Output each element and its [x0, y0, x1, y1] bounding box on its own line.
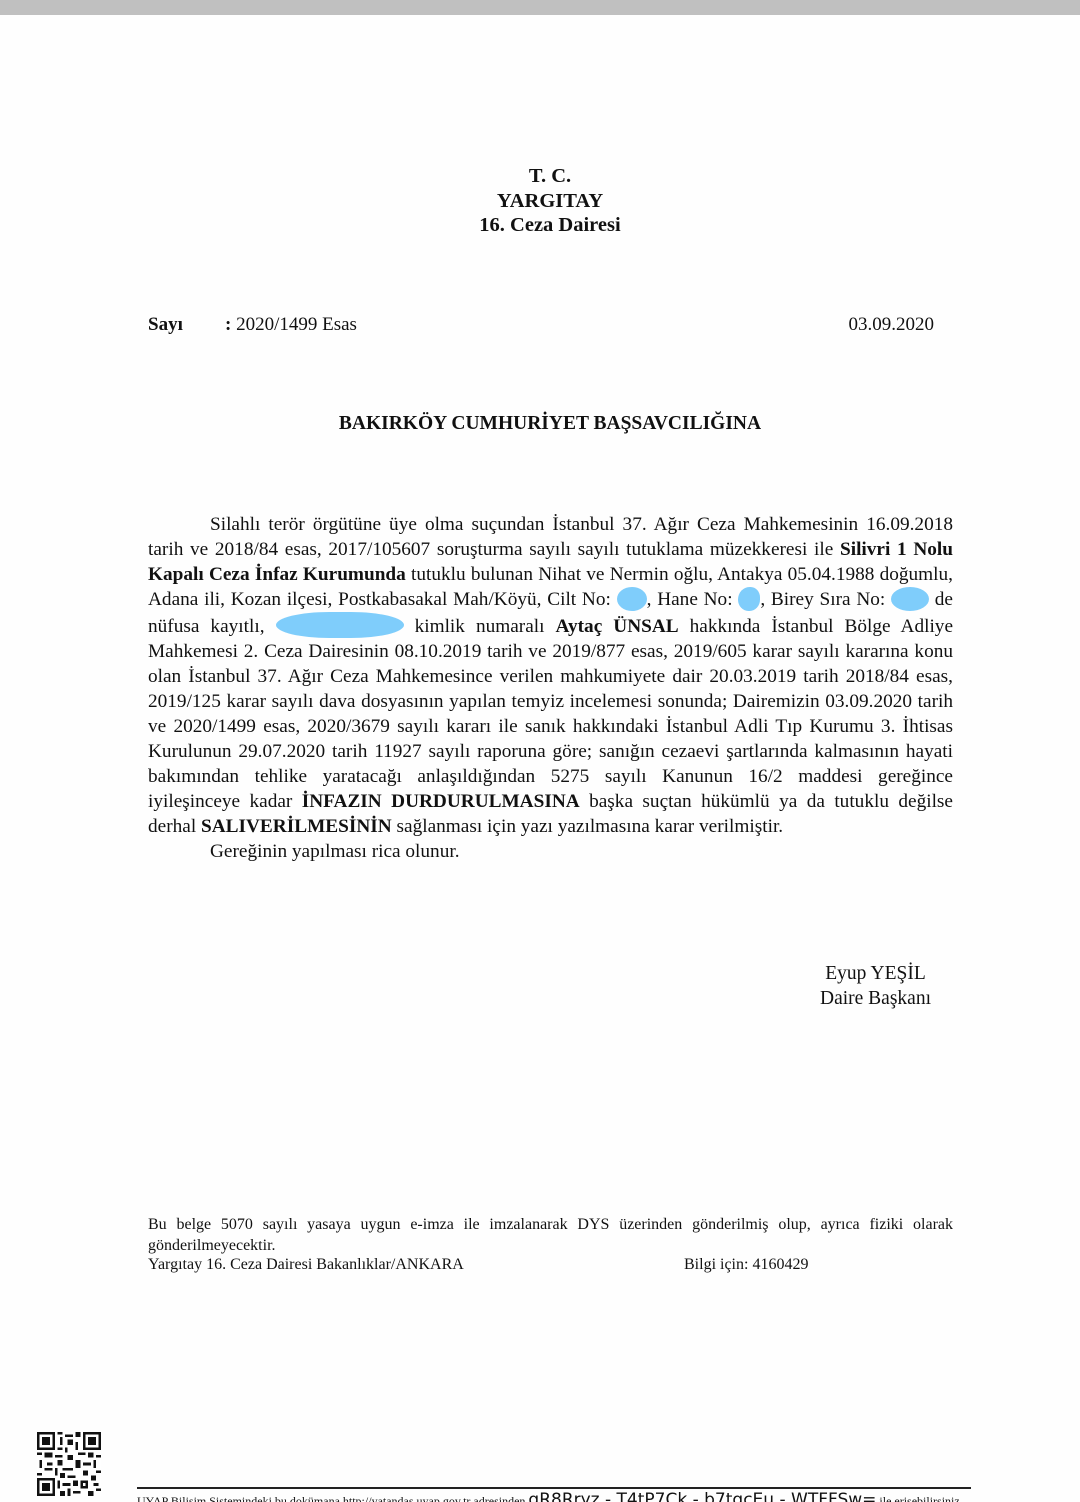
- signature-block: Eyup YEŞİL Daire Başkanı: [820, 961, 931, 1011]
- verification-code: gR8Rryz - T4tP7Ck - b7tgcEu - WTFFSw=: [528, 1490, 876, 1502]
- redaction-mark: [891, 587, 929, 611]
- body-text-segment: Silahlı terör örgütüne üye olma suçundan…: [148, 514, 953, 560]
- footer-address: Yargıtay 16. Ceza Dairesi Bakanlıklar/AN…: [148, 1256, 464, 1273]
- body-text-segment: sağlanması için yazı yazılmasına karar v…: [392, 816, 783, 837]
- uyap-prefix: UYAP Bilişim Sistemindeki bu dokümana ht…: [137, 1494, 528, 1502]
- footer-divider: [137, 1487, 971, 1489]
- footer-contact-row: Yargıtay 16. Ceza Dairesi Bakanlıklar/AN…: [148, 1256, 953, 1274]
- body-paragraph-1: Silahlı terör örgütüne üye olma suçundan…: [148, 512, 953, 839]
- header-chamber: 16. Ceza Dairesi: [20, 213, 1080, 238]
- body-text-segment: hakkında İstanbul Bölge Adliye Mahkemesi…: [148, 616, 953, 812]
- signatory-name: Eyup YEŞİL: [820, 961, 931, 986]
- signatory-title: Daire Başkanı: [820, 986, 931, 1011]
- redaction-mark: [617, 587, 647, 611]
- body-text-segment: , Birey Sıra No:: [760, 589, 891, 610]
- body-text-segment: kimlik numaralı: [404, 616, 556, 637]
- redaction-mark: [738, 587, 760, 611]
- qr-code-icon: [37, 1432, 101, 1496]
- header-court: YARGITAY: [20, 189, 1080, 214]
- addressee: BAKIRKÖY CUMHURİYET BAŞSAVCILIĞINA: [0, 413, 1080, 435]
- defendant-name: Aytaç ÜNSAL: [556, 616, 679, 637]
- document-date: 03.09.2020: [849, 314, 935, 336]
- document-body: Silahlı terör örgütüne üye olma suçundan…: [148, 512, 953, 864]
- uyap-verification-line: UYAP Bilişim Sistemindeki bu dokümana ht…: [137, 1490, 1080, 1502]
- body-paragraph-2: Gereğinin yapılması rica olunur.: [148, 839, 953, 864]
- header-country: T. C.: [20, 164, 1080, 189]
- body-text-segment: , Hane No:: [647, 589, 739, 610]
- sayi-label: Sayı: [148, 314, 183, 336]
- footer-info-phone: Bilgi için: 4160429: [684, 1256, 808, 1274]
- document-header: T. C. YARGITAY 16. Ceza Dairesi: [0, 164, 1080, 238]
- decision-release: SALIVERİLMESİNİN: [201, 816, 392, 837]
- decision-stay: İNFAZIN DURDURULMASINA: [302, 791, 580, 812]
- sayi-number: 2020/1499 Esas: [231, 314, 357, 335]
- uyap-suffix: ile erişebilirsiniz.: [876, 1494, 962, 1502]
- redaction-mark: [276, 612, 404, 638]
- viewer-top-bar: [0, 0, 1080, 15]
- e-signature-note: Bu belge 5070 sayılı yasaya uygun e-imza…: [148, 1214, 953, 1256]
- sayi-value: : 2020/1499 Esas: [225, 314, 357, 336]
